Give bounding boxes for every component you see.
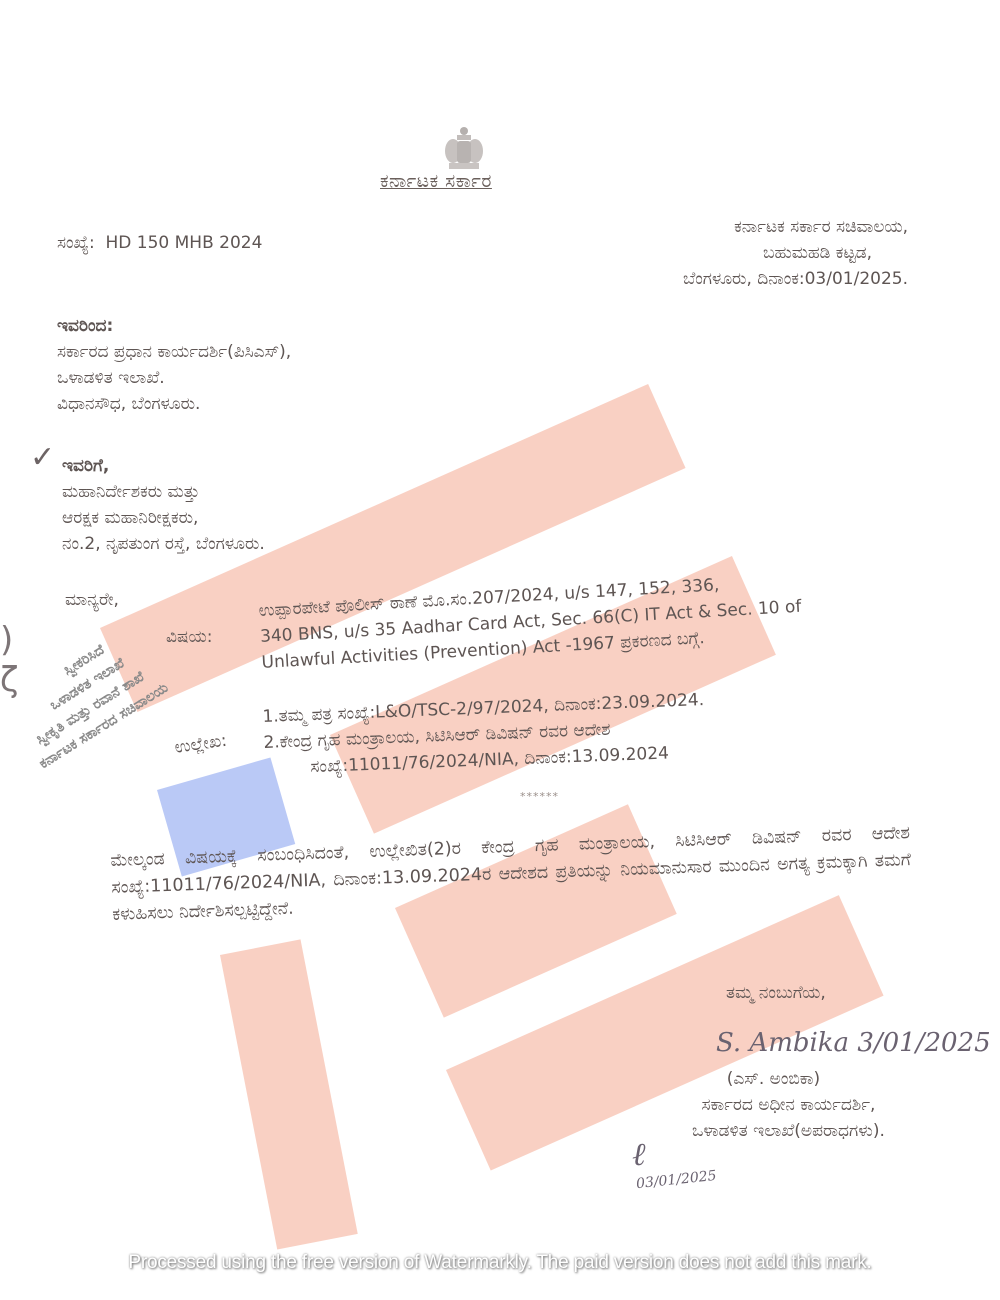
from-line: ಸರ್ಕಾರದ ಪ್ರಧಾನ ಕಾರ್ಯದರ್ಶಿ(ಪಿಸಿಎಸ್), <box>57 339 291 365</box>
signatory-name: (ಎಸ್. ಅಂಬಿಕಾ) <box>662 1066 885 1092</box>
from-line: ವಿಧಾನಸೌಧ, ಬೆಂಗಳೂರು. <box>57 391 291 417</box>
salutation: ಮಾನ್ಯರೇ, <box>65 587 119 613</box>
address-line: ಕರ್ನಾಟಕ ಸರ್ಕಾರ ಸಚಿವಾಲಯ, <box>683 214 908 240</box>
references-body: 1.ತಮ್ಮ ಪತ್ರ ಸಂಖ್ಯೆ:L&O/TSC-2/97/2024, ದಿ… <box>262 687 707 782</box>
handwritten-signature: S. Ambika 3/01/2025 <box>716 1028 991 1058</box>
to-block: ಇವರಿಗೆ, ಮಹಾನಿರ್ದೇಶಕರು ಮತ್ತು ಆರಕ್ಷಕ ಮಹಾನಿ… <box>62 453 265 557</box>
overlay-column-left <box>220 939 358 1249</box>
check-mark-icon: ✓ <box>30 440 55 475</box>
margin-scribble-icon: )ζ <box>0 620 19 700</box>
watermark-text: Processed using the free version of Wate… <box>0 1252 1000 1274</box>
address-line-date: ಬೆಂಗಳೂರು, ದಿನಾಂಕ:03/01/2025. <box>683 266 908 292</box>
signatory-department: ಒಳಾಡಳಿತ ಇಲಾಖೆ(ಅಪರಾಧಗಳು). <box>692 1118 885 1144</box>
reference-number: ಸಂಖ್ಯೆ: HD 150 MHB 2024 <box>57 230 262 256</box>
initial-date: 03/01/2025 <box>635 1168 717 1192</box>
to-line: ಮಹಾನಿರ್ದೇಶಕರು ಮತ್ತು <box>62 479 265 505</box>
from-line: ಒಳಾಡಳಿತ ಇಲಾಖೆ. <box>57 365 291 391</box>
reference-value: HD 150 MHB 2024 <box>106 233 263 253</box>
initial-mark-icon: ℓ <box>632 1135 645 1173</box>
signature-block: (ಎಸ್. ಅಂಬಿಕಾ) ಸರ್ಕಾರದ ಅಧೀನ ಕಾರ್ಯದರ್ಶಿ, ಒ… <box>662 1066 885 1144</box>
to-line: ಆರಕ್ಷಕ ಮಹಾನಿರೀಕ್ಷಕರು, <box>62 505 265 531</box>
office-address: ಕರ್ನಾಟಕ ಸರ್ಕಾರ ಸಚಿವಾಲಯ, ಬಹುಮಹಡಿ ಕಟ್ಟಡ, ಬ… <box>683 214 908 292</box>
government-title: ಕರ್ನಾಟಕ ಸರ್ಕಾರ <box>380 170 492 192</box>
from-block: ಇವರಿಂದ: ಸರ್ಕಾರದ ಪ್ರಧಾನ ಕಾರ್ಯದರ್ಶಿ(ಪಿಸಿಎಸ… <box>57 313 291 417</box>
reference-label: ಸಂಖ್ಯೆ: <box>57 233 95 253</box>
references-label: ಉಲ್ಲೇಖ: <box>173 728 229 761</box>
subject-label: ವಿಷಯ: <box>166 624 212 650</box>
address-line: ಬಹುಮಹಡಿ ಕಟ್ಟಡ, <box>683 240 872 266</box>
from-label: ಇವರಿಂದ: <box>57 313 291 339</box>
closing: ತಮ್ಮ ನಂಬುಗೆಯ, <box>726 980 826 1006</box>
to-line: ನಂ.2, ನೃಪತುಂಗ ರಸ್ತೆ, ಬೆಂಗಳೂರು. <box>62 531 265 557</box>
karnataka-emblem-icon <box>443 125 485 171</box>
signatory-designation: ಸರ್ಕಾರದ ಅಧೀನ ಕಾರ್ಯದರ್ಶಿ, <box>692 1092 885 1118</box>
to-label: ಇವರಿಗೆ, <box>62 453 265 479</box>
separator-stars: ****** <box>520 790 559 803</box>
